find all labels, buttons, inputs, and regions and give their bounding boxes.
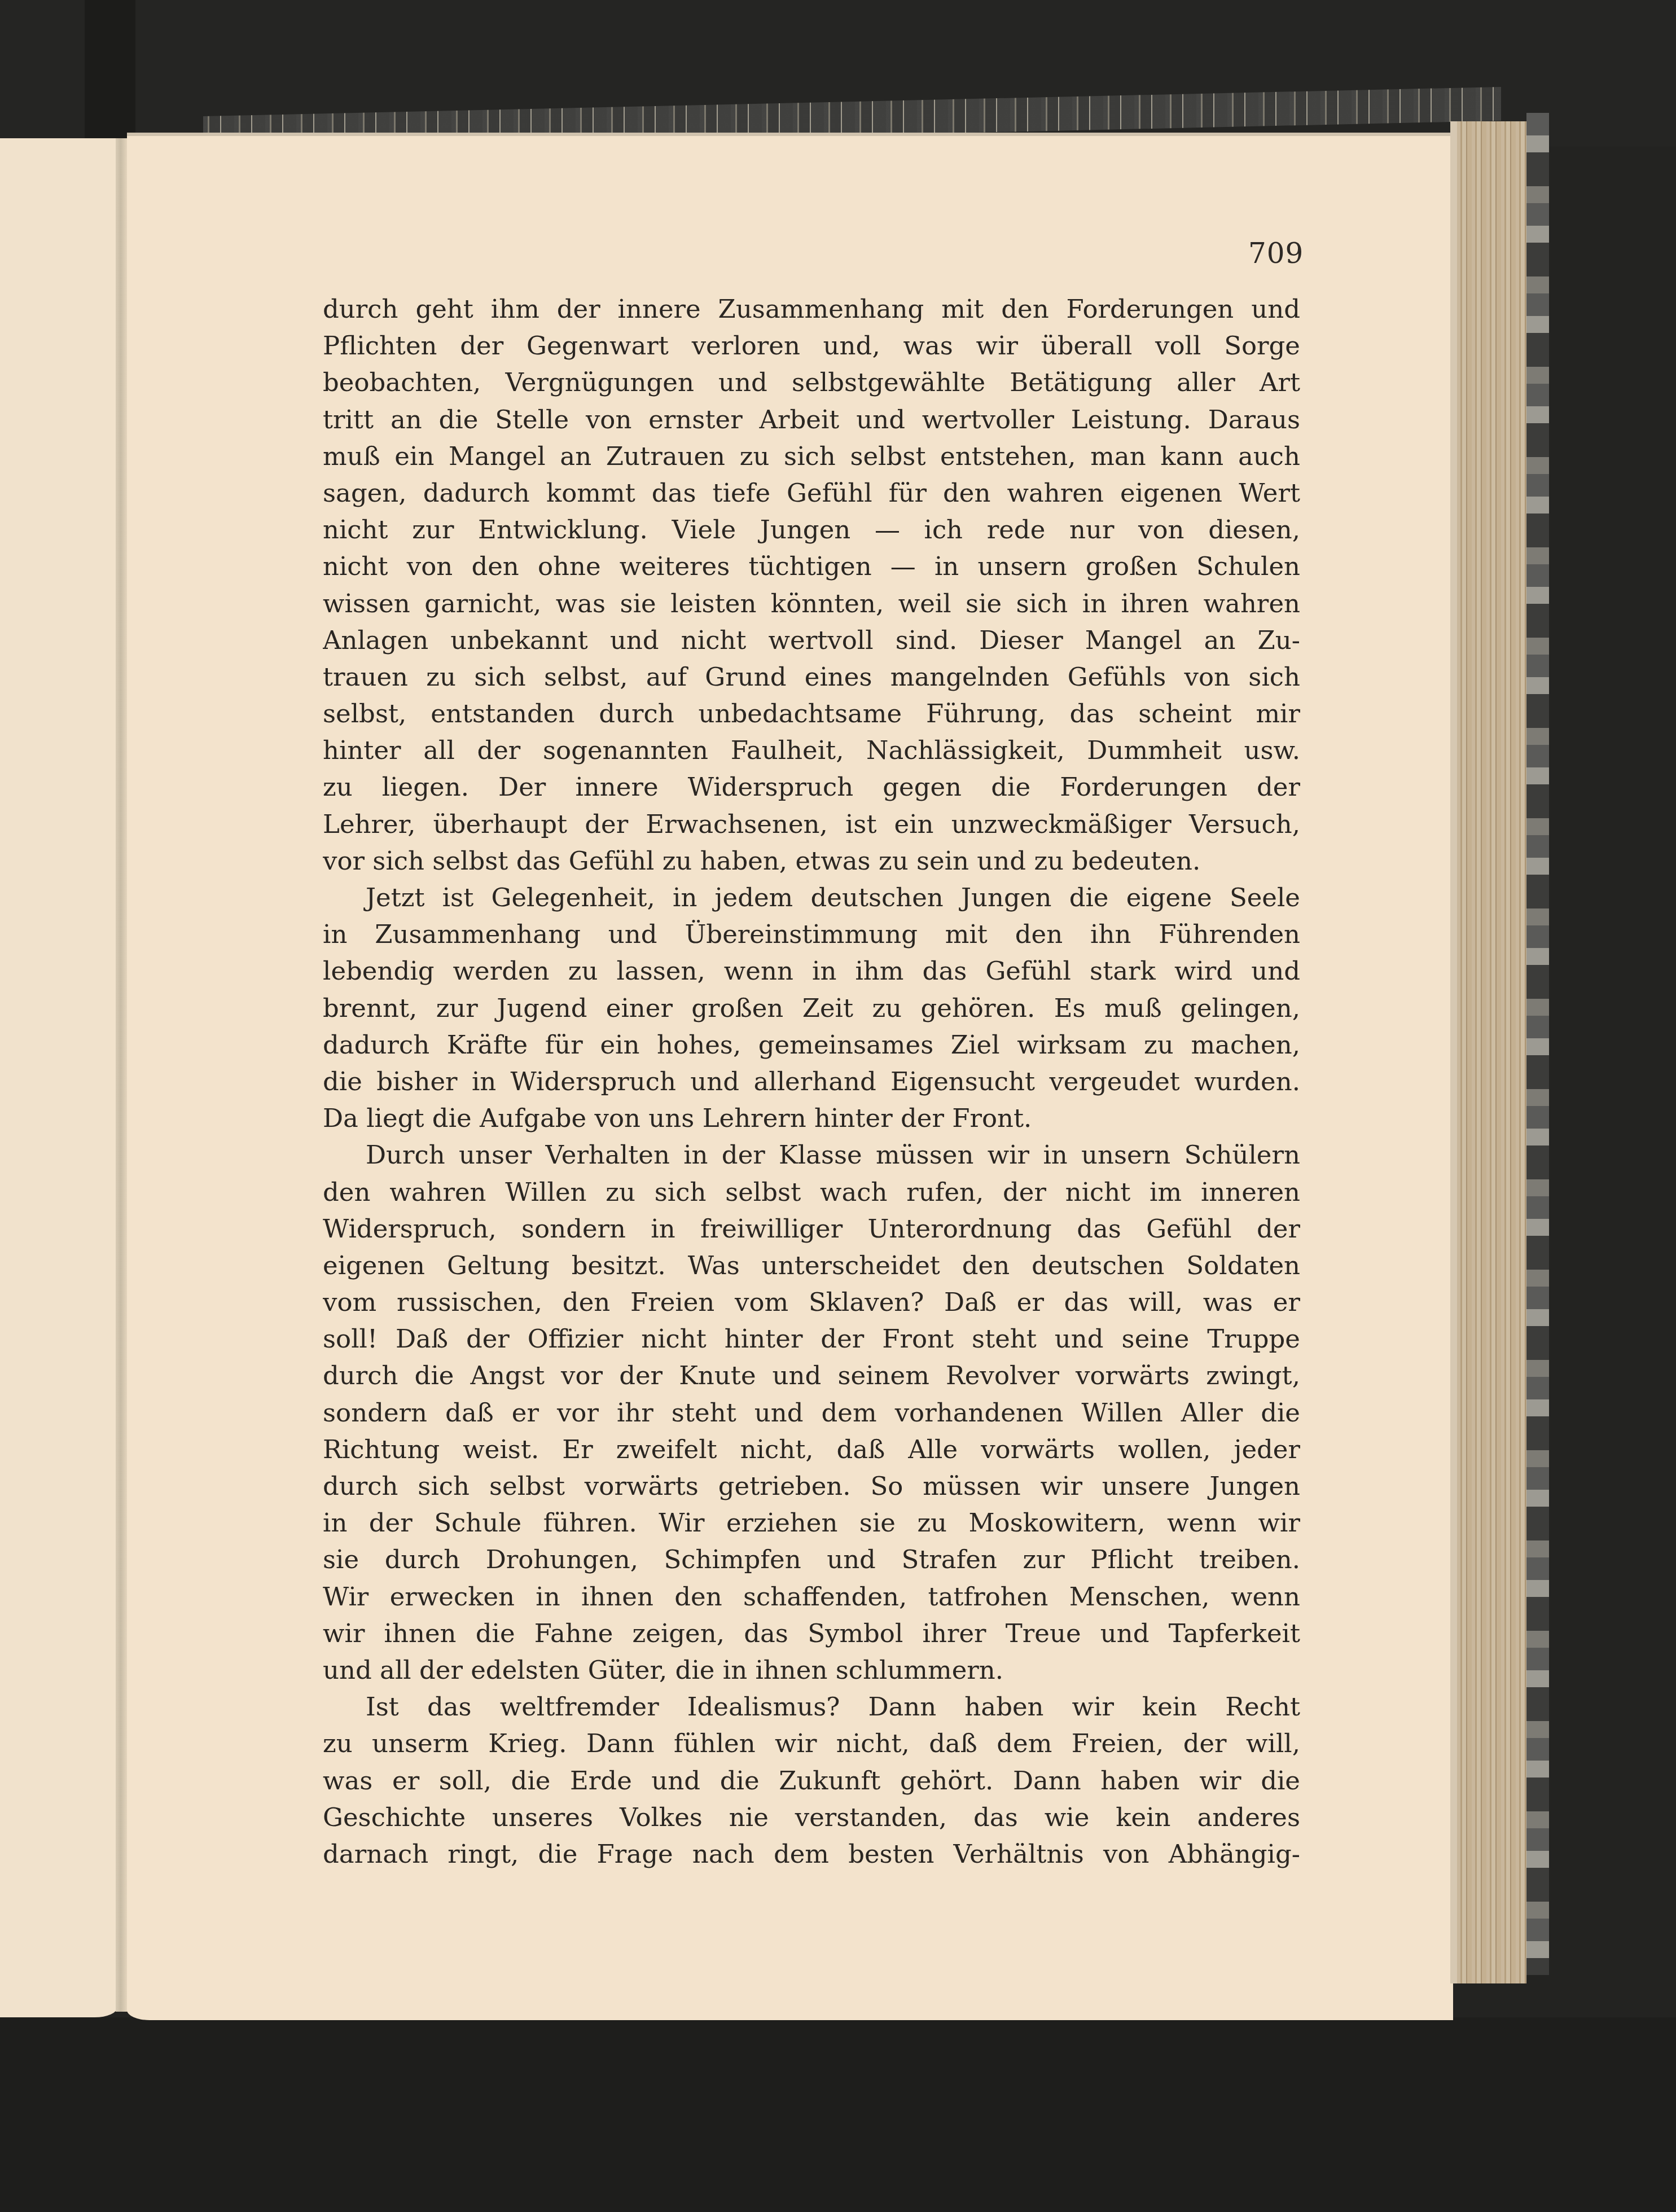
text-line: Jetzt ist Gelegenheit, in jedem deutsche… bbox=[323, 879, 1300, 916]
text-line: wissen garnicht, was sie leisten könnten… bbox=[323, 585, 1300, 622]
text-line: die bisher in Widerspruch und allerhand … bbox=[323, 1063, 1300, 1100]
text-line: Lehrer, überhaupt der Erwachsenen, ist e… bbox=[323, 806, 1300, 842]
text-line: Pflichten der Gegenwart verloren und, wa… bbox=[323, 327, 1300, 364]
text-line: den wahren Willen zu sich selbst wach ru… bbox=[323, 1174, 1300, 1210]
text-line: brennt, zur Jugend einer großen Zeit zu … bbox=[323, 990, 1300, 1026]
text-line: muß ein Mangel an Zutrauen zu sich selbs… bbox=[323, 438, 1300, 475]
text-line: sagen, dadurch kommt das tiefe Gefühl fü… bbox=[323, 475, 1300, 511]
text-line: Richtung weist. Er zweifelt nicht, daß A… bbox=[323, 1431, 1300, 1468]
text-line: vom russischen, den Freien vom Sklaven? … bbox=[323, 1284, 1300, 1320]
spine-shadow bbox=[85, 0, 135, 141]
text-line: und all der edelsten Güter, die in ihnen… bbox=[323, 1652, 1300, 1688]
text-line: Ist das weltfremder Idealismus? Dann hab… bbox=[323, 1688, 1300, 1725]
book-cover-bottom bbox=[0, 2017, 1676, 2212]
text-line: hinter all der sogenannten Faulheit, Nac… bbox=[323, 732, 1300, 769]
text-line: sie durch Drohungen, Schimpfen und Straf… bbox=[323, 1541, 1300, 1578]
text-line: beobachten, Vergnügungen und selbstgewäh… bbox=[323, 364, 1300, 401]
text-line: selbst, entstanden durch unbedachtsame F… bbox=[323, 695, 1300, 732]
text-line: sondern daß er vor ihr steht und dem vor… bbox=[323, 1394, 1300, 1431]
text-line: trauen zu sich selbst, auf Grund eines m… bbox=[323, 659, 1300, 695]
book-gutter bbox=[116, 138, 128, 2012]
text-line: darnach ringt, die Frage nach dem besten… bbox=[323, 1836, 1300, 1872]
text-line: nicht von den ohne weiteres tüchtigen — … bbox=[323, 548, 1300, 585]
text-line: durch geht ihm der innere Zusammenhang m… bbox=[323, 291, 1300, 327]
page-stack-edge bbox=[1450, 121, 1526, 1983]
page-number: 709 bbox=[1248, 237, 1304, 270]
text-line: wir ihnen die Fahne zeigen, das Symbol i… bbox=[323, 1615, 1300, 1652]
text-line: durch sich selbst vorwärts getrieben. So… bbox=[323, 1468, 1300, 1504]
text-line: Durch unser Verhalten in der Klasse müss… bbox=[323, 1136, 1300, 1173]
text-line: Wir erwecken in ihnen den schaffenden, t… bbox=[323, 1578, 1300, 1615]
text-line: zu unserm Krieg. Dann fühlen wir nicht, … bbox=[323, 1725, 1300, 1762]
text-line: eigenen Geltung besitzt. Was unterscheid… bbox=[323, 1247, 1300, 1284]
text-line: soll! Daß der Offizier nicht hinter der … bbox=[323, 1320, 1300, 1357]
text-line: was er soll, die Erde und die Zukunft ge… bbox=[323, 1762, 1300, 1799]
text-line: Da liegt die Aufgabe von uns Lehrern hin… bbox=[323, 1100, 1300, 1136]
text-line: vor sich selbst das Gefühl zu haben, etw… bbox=[323, 842, 1300, 879]
text-line: tritt an die Stelle von ernster Arbeit u… bbox=[323, 401, 1300, 438]
text-line: Anlagen unbekannt und nicht wertvoll sin… bbox=[323, 622, 1300, 659]
body-text: durch geht ihm der innere Zusammenhang m… bbox=[323, 291, 1300, 1872]
text-line: Geschichte unseres Volkes nie verstanden… bbox=[323, 1799, 1300, 1836]
text-line: lebendig werden zu lassen, wenn in ihm d… bbox=[323, 953, 1300, 989]
text-line: durch die Angst vor der Knute und seinem… bbox=[323, 1357, 1300, 1394]
cover-edge bbox=[1526, 113, 1549, 1975]
text-line: in Zusammenhang und Übereinstimmung mit … bbox=[323, 916, 1300, 953]
text-line: nicht zur Entwicklung. Viele Jungen — ic… bbox=[323, 511, 1300, 548]
text-line: Widerspruch, sondern in freiwilliger Unt… bbox=[323, 1210, 1300, 1247]
text-line: zu liegen. Der innere Widerspruch gegen … bbox=[323, 769, 1300, 805]
text-line: in der Schule führen. Wir erziehen sie z… bbox=[323, 1504, 1300, 1541]
left-page-edge bbox=[0, 138, 117, 2017]
text-line: dadurch Kräfte für ein hohes, gemeinsame… bbox=[323, 1026, 1300, 1063]
